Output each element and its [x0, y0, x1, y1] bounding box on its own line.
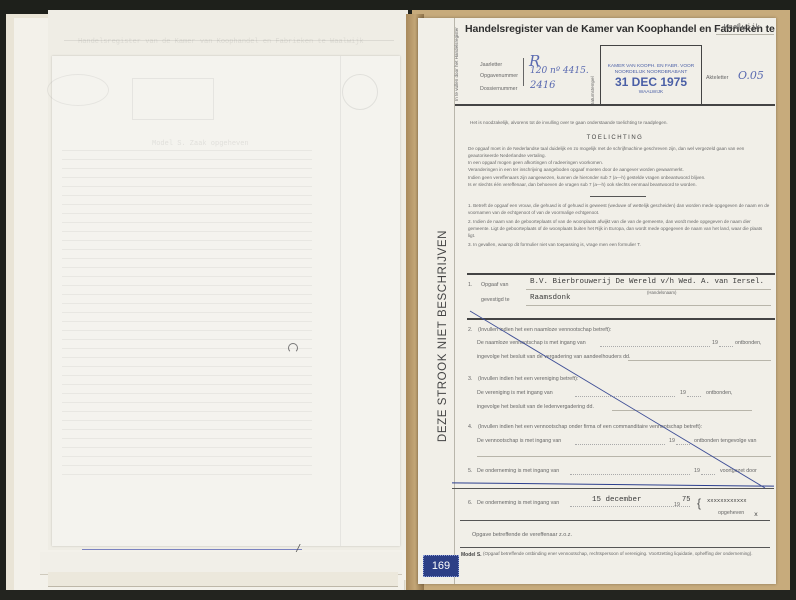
diagonal-strike [0, 0, 796, 600]
table-surface [0, 590, 796, 600]
